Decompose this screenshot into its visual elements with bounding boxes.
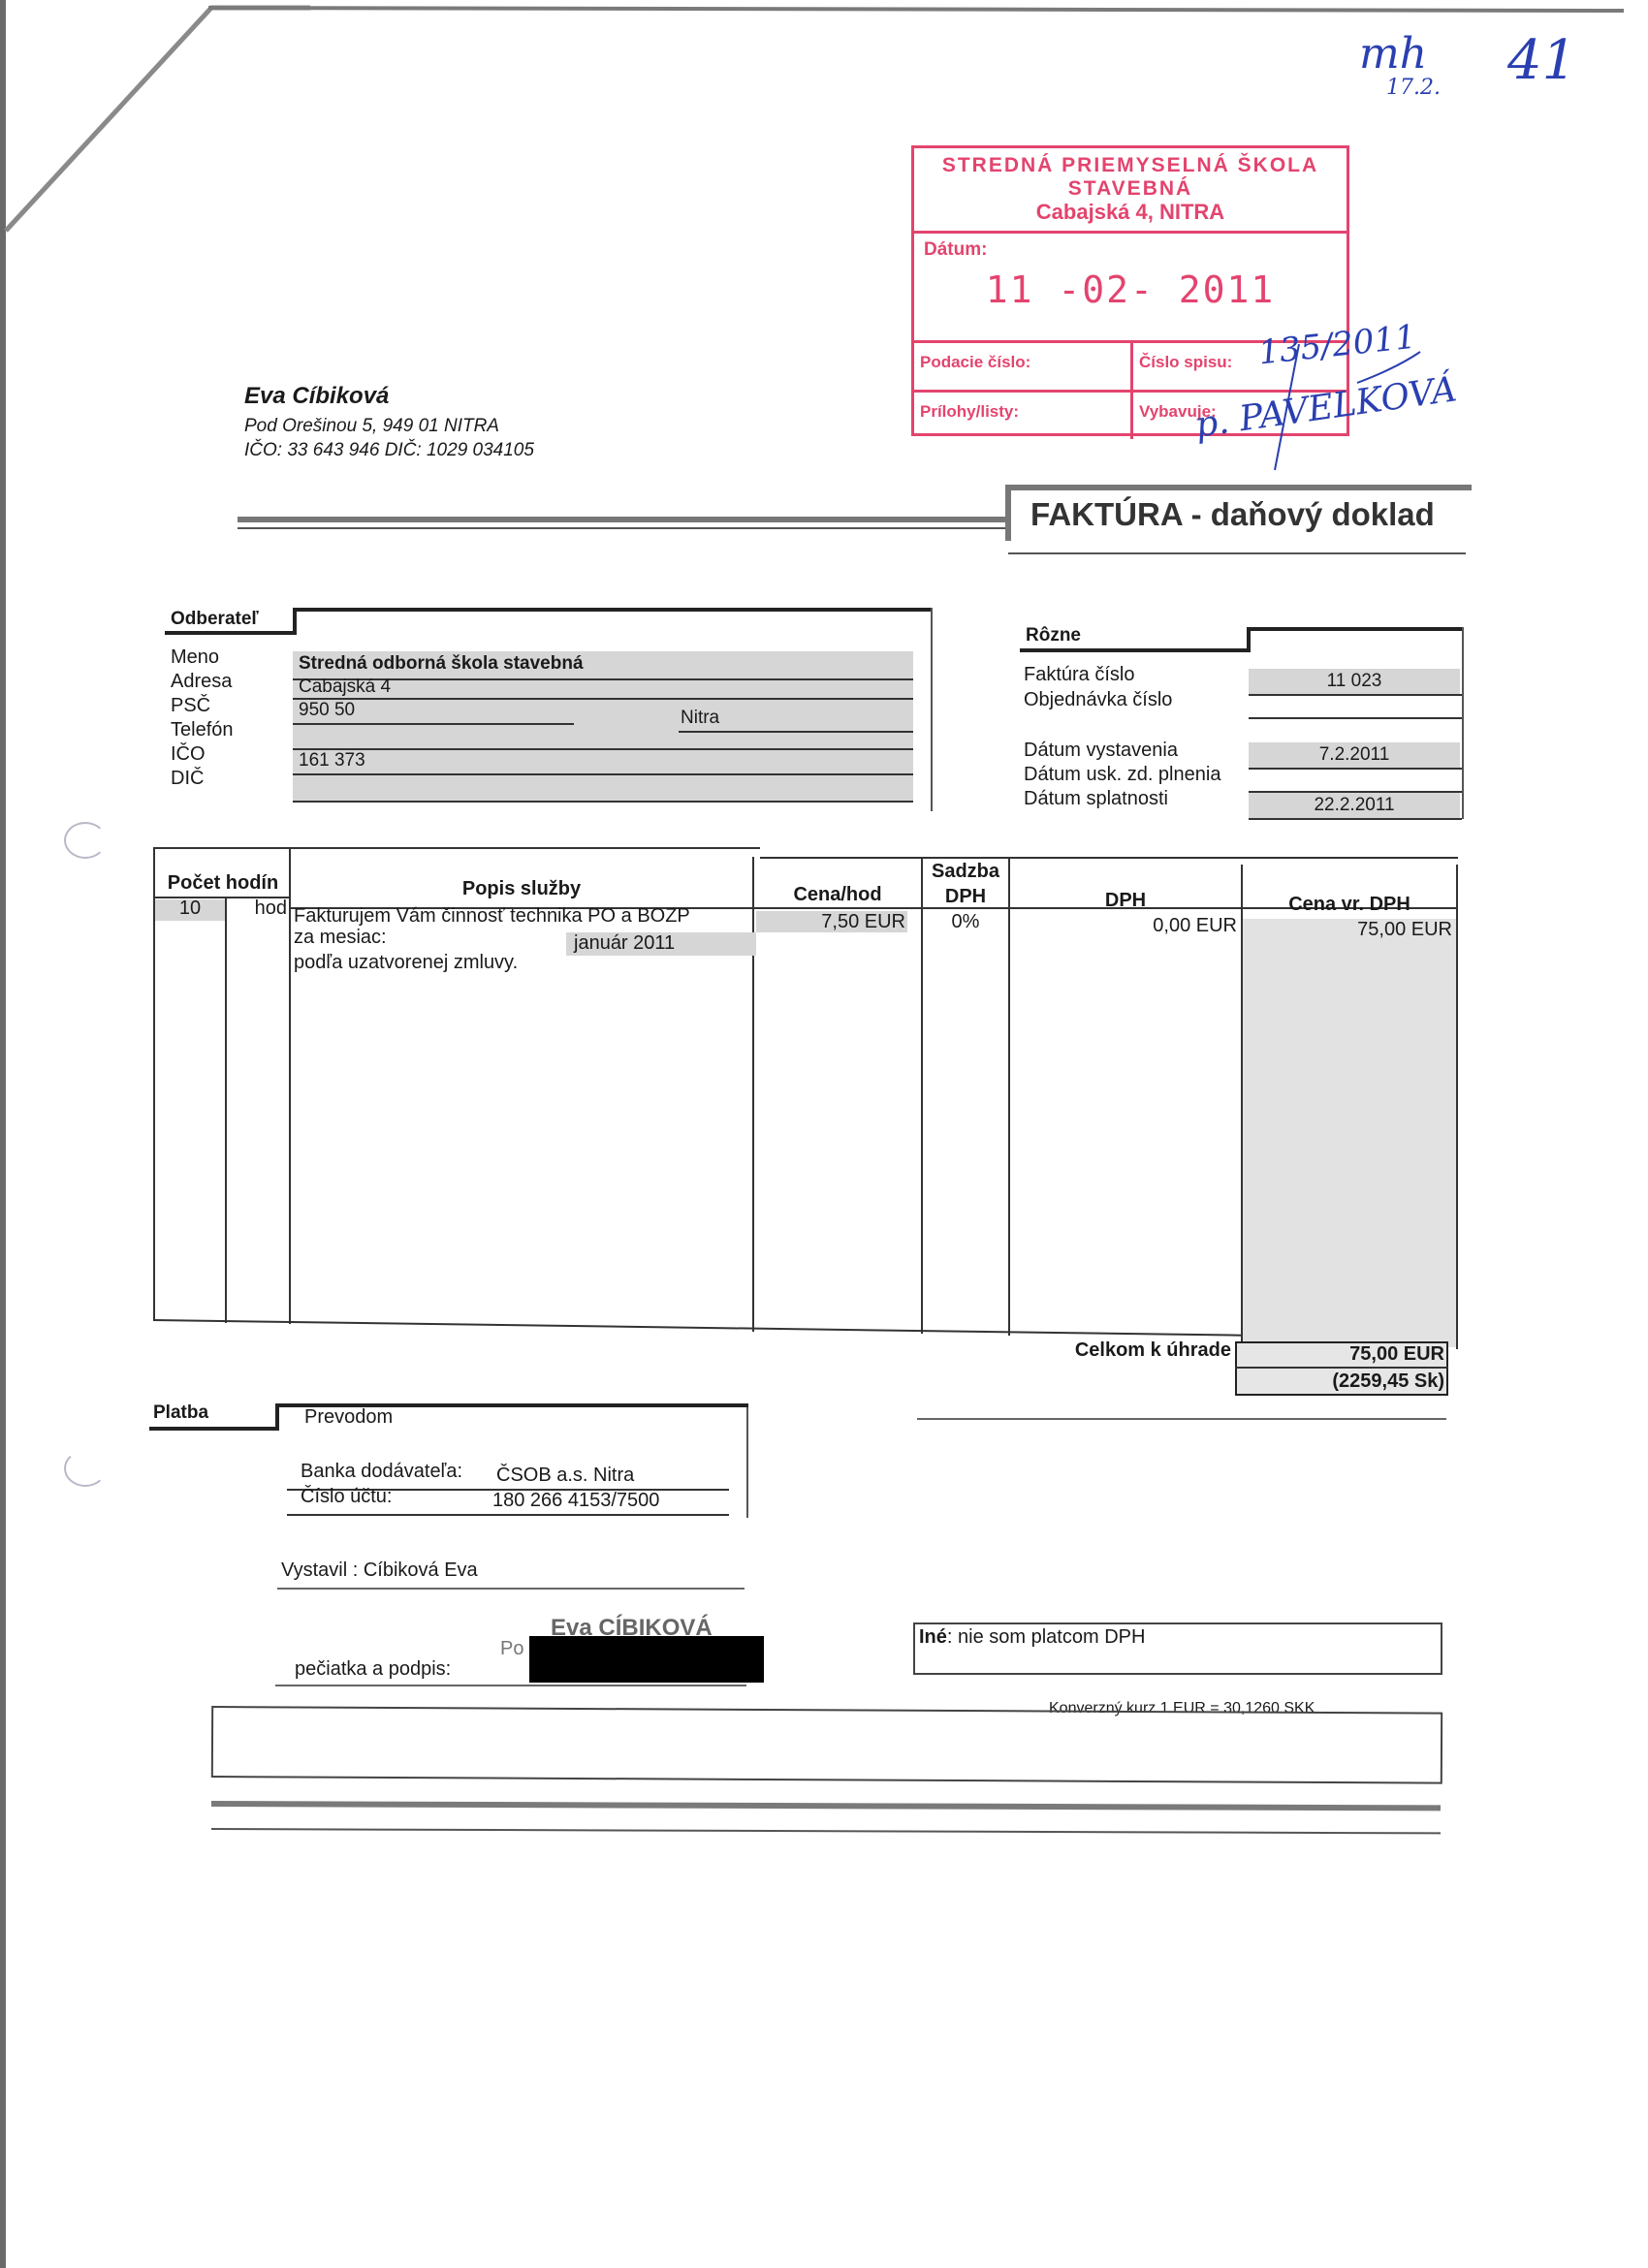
section-tab-line bbox=[149, 1427, 279, 1431]
footer-rule bbox=[211, 1801, 1441, 1811]
stamp-date-value: 11 -02- 2011 bbox=[914, 268, 1347, 311]
table-border bbox=[1456, 865, 1458, 1349]
label-dic: DIČ bbox=[171, 767, 234, 791]
row-month: január 2011 bbox=[574, 932, 675, 955]
table-border bbox=[153, 1319, 1243, 1337]
page-top-edge bbox=[208, 6, 1624, 13]
section-tab-line bbox=[1247, 627, 1464, 631]
customer-zip: 950 50 bbox=[299, 700, 355, 721]
supplier-block: Eva Cíbiková Pod Orešinou 5, 949 01 NITR… bbox=[244, 383, 534, 462]
row-vat-rate: 0% bbox=[923, 911, 1008, 933]
table-border bbox=[1235, 1367, 1448, 1369]
stamp-org-line2: STAVEBNÁ bbox=[914, 177, 1347, 201]
table-border bbox=[760, 857, 1458, 859]
due-date-label: Dátum splatnosti bbox=[1024, 787, 1168, 811]
title-rule bbox=[1008, 552, 1466, 554]
row-description-line1: Fakturujem Vám činnosť technika PO a BOZ… bbox=[294, 905, 690, 928]
table-border bbox=[153, 847, 760, 849]
misc-section-label: Rôzne bbox=[1026, 625, 1081, 646]
footer-rule bbox=[211, 1828, 1441, 1834]
customer-ico: 161 373 bbox=[299, 750, 365, 772]
section-border bbox=[1462, 627, 1464, 819]
handwritten-initials: mh bbox=[1359, 29, 1427, 79]
signature-stamp-fragment: Po bbox=[500, 1638, 523, 1660]
header-vat: DPH bbox=[1010, 890, 1241, 912]
other-label: Iné bbox=[919, 1626, 947, 1648]
section-tab-line bbox=[293, 608, 297, 635]
field-line bbox=[1249, 818, 1462, 820]
scan-edge bbox=[0, 0, 6, 2268]
page-fold bbox=[0, 0, 310, 252]
header-hours: Počet hodín bbox=[155, 872, 291, 895]
field-line bbox=[1249, 694, 1462, 696]
label-zip: PSČ bbox=[171, 694, 234, 718]
row-vat: 0,00 EUR bbox=[1010, 915, 1237, 937]
payment-method: Prevodom bbox=[304, 1405, 393, 1430]
table-border bbox=[752, 857, 754, 1332]
table-border bbox=[225, 897, 227, 1323]
table-border bbox=[289, 847, 291, 1324]
field-line bbox=[293, 748, 913, 750]
handwritten-page-number: 41 bbox=[1507, 29, 1576, 92]
field-line bbox=[277, 1588, 745, 1590]
stamp-address: Cabajská 4, NITRA bbox=[914, 201, 1347, 224]
customer-street: Cabajská 4 bbox=[299, 677, 391, 698]
payment-section-label: Platba bbox=[153, 1402, 208, 1424]
field-line bbox=[1249, 717, 1462, 719]
issue-date-label: Dátum vystavenia bbox=[1024, 739, 1178, 763]
total-eur: 75,00 EUR bbox=[1237, 1343, 1444, 1366]
row-description-line2: za mesiac: bbox=[294, 927, 387, 949]
section-tab-line bbox=[275, 1403, 279, 1431]
header-total: Cena vr. DPH bbox=[1243, 894, 1456, 916]
section-border bbox=[931, 608, 933, 811]
row-description-line3: podľa uzatvorenej zmluvy. bbox=[294, 952, 518, 974]
field-line bbox=[293, 698, 913, 700]
section-tab-line bbox=[165, 631, 297, 635]
stamp-attachments-label: Prílohy/listy: bbox=[914, 393, 1133, 439]
customer-name: Stredná odborná škola stavebná bbox=[299, 653, 584, 675]
header-vat-rate-line1: Sadzba bbox=[923, 861, 1008, 883]
separator-line bbox=[917, 1418, 1446, 1420]
row-price-per-hour: 7,50 EUR bbox=[756, 911, 905, 933]
redaction-box bbox=[529, 1636, 764, 1683]
supply-date-label: Dátum usk. zd. plnenia bbox=[1024, 763, 1220, 787]
other-text: : nie som platcom DPH bbox=[947, 1626, 1146, 1648]
section-border bbox=[746, 1407, 748, 1518]
field-line bbox=[275, 1685, 746, 1686]
footer-box bbox=[211, 1706, 1442, 1784]
row-unit: hod bbox=[227, 898, 287, 920]
invoice-number-label: Faktúra číslo bbox=[1024, 663, 1134, 687]
bank-value: ČSOB a.s. Nitra bbox=[496, 1464, 634, 1488]
section-tab-line bbox=[1020, 648, 1251, 652]
account-value: 180 266 4153/7500 bbox=[492, 1489, 659, 1513]
punch-hole bbox=[64, 822, 107, 859]
header-description: Popis služby bbox=[291, 878, 752, 900]
label-phone: Telefón bbox=[171, 718, 234, 742]
field-line bbox=[679, 731, 913, 733]
supplier-name: Eva Cíbiková bbox=[244, 383, 534, 410]
row-total: 75,00 EUR bbox=[1243, 919, 1452, 941]
field-line bbox=[287, 1514, 729, 1516]
row-quantity: 10 bbox=[155, 898, 225, 920]
label-name: Meno bbox=[171, 646, 234, 670]
title-rule bbox=[238, 527, 1008, 529]
field-line bbox=[1249, 768, 1462, 770]
signature-label: pečiatka a podpis: bbox=[295, 1657, 451, 1682]
customer-city: Nitra bbox=[681, 708, 719, 729]
stamp-date-label: Dátum: bbox=[924, 239, 987, 261]
field-line bbox=[293, 723, 574, 725]
header-vat-rate-line2: DPH bbox=[923, 886, 1008, 908]
order-number-label: Objednávka číslo bbox=[1024, 688, 1172, 712]
total-column-bg bbox=[1243, 919, 1456, 1347]
customer-labels: Meno Adresa PSČ Telefón IČO DIČ bbox=[171, 646, 234, 791]
header-price-per-hour: Cena/hod bbox=[754, 884, 921, 906]
handwritten-strokes bbox=[1173, 344, 1425, 480]
issued-by: Vystavil : Cíbiková Eva bbox=[281, 1559, 478, 1583]
label-address: Adresa bbox=[171, 670, 234, 694]
title-rule bbox=[238, 517, 1008, 522]
supplier-ids: IČO: 33 643 946 DIČ: 1029 034105 bbox=[244, 438, 534, 462]
total-label: Celkom k úhrade bbox=[1047, 1339, 1231, 1362]
punch-hole bbox=[64, 1450, 107, 1487]
other-note-box: Iné: nie som platcom DPH bbox=[913, 1622, 1442, 1675]
field-line bbox=[293, 801, 913, 803]
label-ico: IČO bbox=[171, 742, 234, 767]
total-skk: (2259,45 Sk) bbox=[1237, 1370, 1444, 1393]
invoice-number: 11 023 bbox=[1249, 671, 1460, 692]
document-title: FAKTÚRA - daňový doklad bbox=[1030, 496, 1435, 533]
field-line bbox=[293, 773, 913, 775]
handwritten-date: 17.2. bbox=[1386, 76, 1441, 100]
section-tab-line bbox=[293, 608, 933, 612]
stamp-filing-number-label: Podacie číslo: bbox=[914, 343, 1133, 390]
stamp-org-line1: STREDNÁ PRIEMYSELNÁ ŠKOLA bbox=[914, 154, 1347, 177]
due-date: 22.2.2011 bbox=[1249, 795, 1460, 816]
bank-label: Banka dodávateľa: bbox=[301, 1460, 462, 1484]
customer-section-label: Odberateľ bbox=[171, 609, 259, 630]
issue-date: 7.2.2011 bbox=[1249, 744, 1460, 766]
supplier-address: Pod Orešinou 5, 949 01 NITRA bbox=[244, 414, 534, 438]
account-label: Číslo účtu: bbox=[301, 1485, 392, 1509]
